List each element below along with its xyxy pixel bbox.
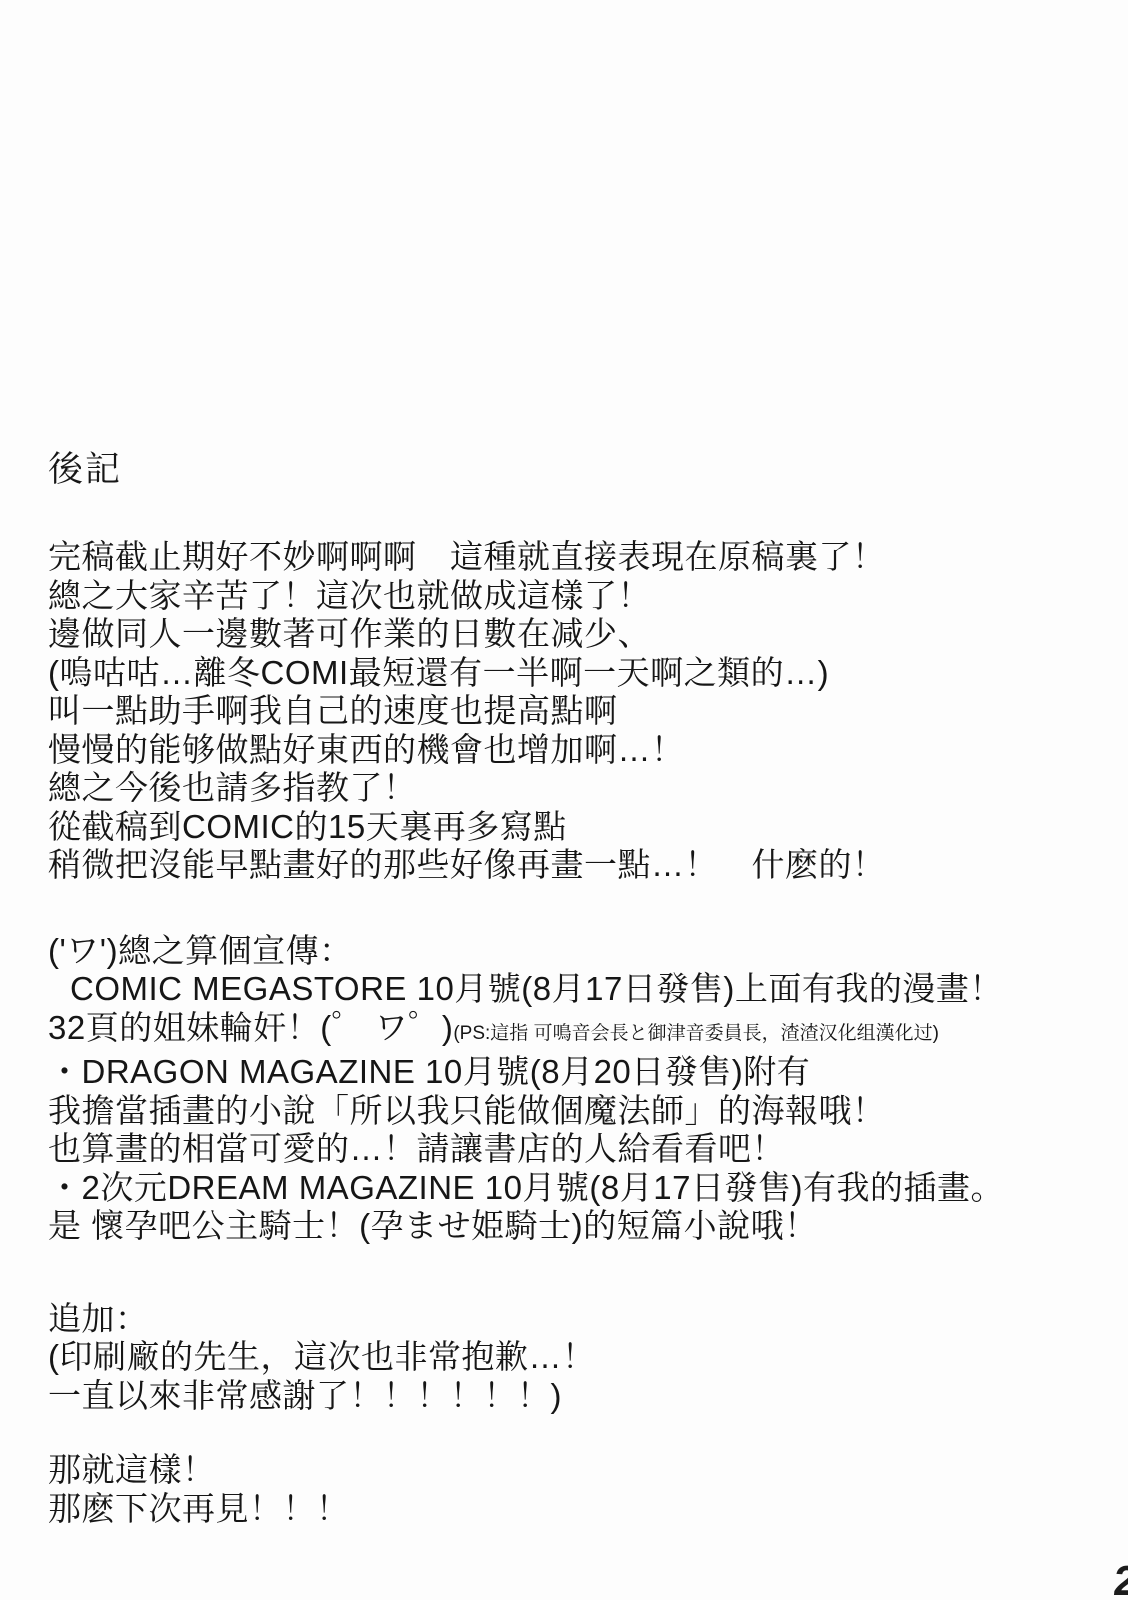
text-line: 也算畫的相當可愛的…！請讓書店的人給看看吧！ (48, 1130, 1118, 1169)
text-line: ・2次元DREAM MAGAZINE 10月號(8月17日發售)有我的插畫。 (48, 1169, 1118, 1208)
text-line: 32頁的姐妹輪奸！(゜ ワ゜) (48, 1009, 453, 1046)
text-line: 是 懷孕吧公主騎士！(孕ませ姫騎士)的短篇小說哦！ (48, 1207, 1118, 1246)
text-line: 完稿截止期好不妙啊啊啊 這種就直接表現在原稿裏了！ (48, 538, 1118, 577)
paragraph-addendum: 追加： (印刷廠的先生，這次也非常抱歉…！ 一直以來非常感謝了！！！！！！) (48, 1300, 1118, 1416)
text-line: (嗚咕咕…離冬COMI最短還有一半啊一天啊之類的…) (48, 654, 1118, 693)
text-line: 那就這樣！ (48, 1451, 1118, 1490)
text-line: 稍微把沒能早點畫好的那些好像再畫一點…！ 什麽的！ (48, 846, 1118, 885)
text-line: 總之今後也請多指教了！ (48, 769, 1118, 808)
page-title: 後記 (48, 450, 1118, 490)
text-line: 追加： (48, 1300, 1118, 1339)
text-line: ・DRAGON MAGAZINE 10月號(8月20日發售)附有 (48, 1053, 1118, 1092)
page-number: 2 (1111, 1560, 1128, 1600)
text-line: ('ワ')總之算個宣傳： (48, 932, 1118, 971)
text-line-with-note: 32頁的姐妹輪奸！(゜ ワ゜)(PS:這指 可鳴音会長と御津音委員長，渣渣汉化组… (48, 1009, 1118, 1054)
afterword-content: 後記 完稿截止期好不妙啊啊啊 這種就直接表現在原稿裏了！ 總之大家辛苦了！這次也… (48, 450, 1118, 1528)
text-line: 那麽下次再見！！！ (48, 1490, 1118, 1529)
text-line: 邊做同人一邊數著可作業的日數在减少、 (48, 615, 1118, 654)
text-line: 一直以來非常感謝了！！！！！！) (48, 1377, 1118, 1416)
afterword-page: 後記 完稿截止期好不妙啊啊啊 這種就直接表現在原稿裏了！ 總之大家辛苦了！這次也… (0, 0, 1128, 1600)
text-line: 慢慢的能够做點好東西的機會也增加啊…！ (48, 731, 1118, 770)
text-line: (印刷廠的先生，這次也非常抱歉…！ (48, 1338, 1118, 1377)
text-line: 我擔當插畫的小說「所以我只能做個魔法師」的海報哦！ (48, 1092, 1118, 1131)
text-line: COMIC MEGASTORE 10月號(8月17日發售)上面有我的漫畫！ (48, 970, 1118, 1009)
text-line: 從截稿到COMIC的15天裏再多寫點 (48, 808, 1118, 847)
translator-note: (PS:這指 可鳴音会長と御津音委員長，渣渣汉化组漢化过) (453, 1023, 939, 1044)
text-line: 叫一點助手啊我自己的速度也提高點啊 (48, 692, 1118, 731)
paragraph-promotion: ('ワ')總之算個宣傳： COMIC MEGASTORE 10月號(8月17日發… (48, 932, 1118, 1246)
text-line: 總之大家辛苦了！這次也就做成這樣了！ (48, 577, 1118, 616)
paragraph-closing: 那就這樣！ 那麽下次再見！！！ (48, 1451, 1118, 1528)
paragraph-main: 完稿截止期好不妙啊啊啊 這種就直接表現在原稿裏了！ 總之大家辛苦了！這次也就做成… (48, 538, 1118, 885)
